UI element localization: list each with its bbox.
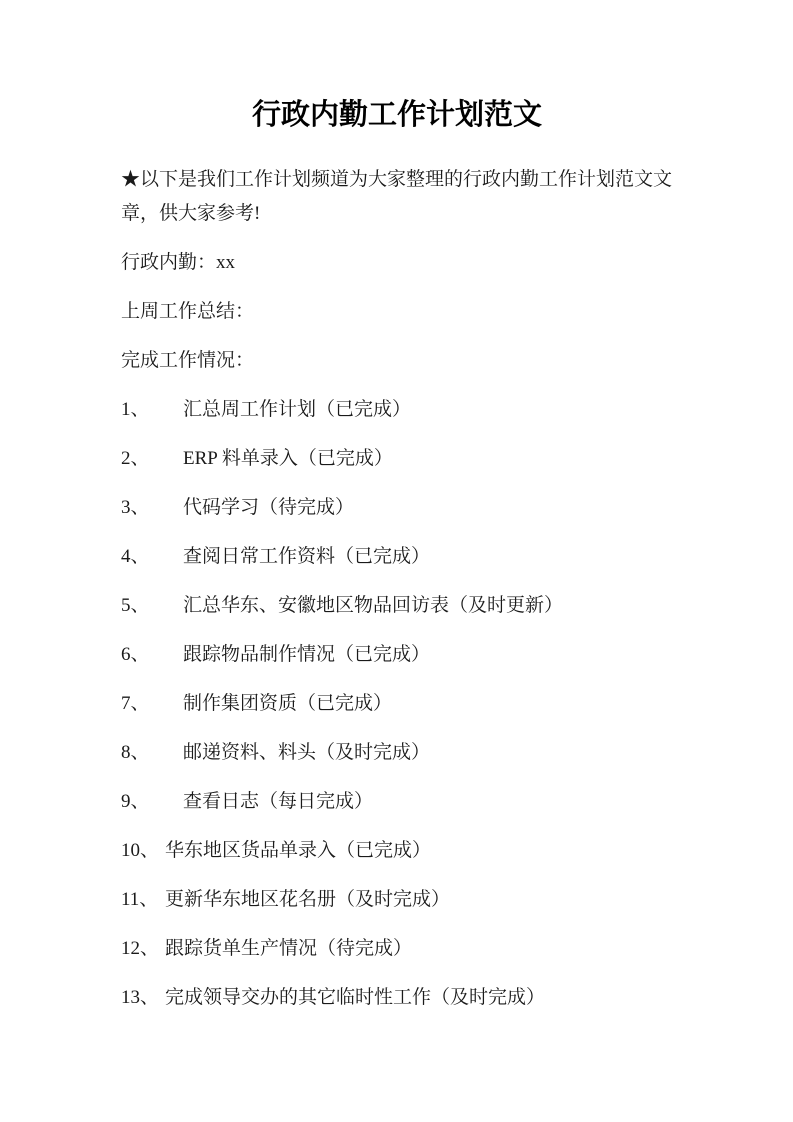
- role-line: 行政内勤：xx: [121, 246, 673, 280]
- work-item-6: 6、 跟踪物品制作情况（已完成）: [121, 638, 673, 672]
- item-number: 9、: [121, 785, 183, 819]
- item-number: 3、: [121, 491, 183, 525]
- item-number: 2、: [121, 442, 183, 476]
- work-item-10: 10、 华东地区货品单录入（已完成）: [121, 834, 673, 868]
- work-item-5: 5、 汇总华东、安徽地区物品回访表（及时更新）: [121, 589, 673, 623]
- work-item-3: 3、 代码学习（待完成）: [121, 491, 673, 525]
- item-number: 7、: [121, 687, 183, 721]
- item-text: 完成领导交办的其它临时性工作（及时完成）: [165, 981, 673, 1015]
- item-text: 汇总华东、安徽地区物品回访表（及时更新）: [183, 589, 673, 623]
- item-text: 制作集团资质（已完成）: [183, 687, 673, 721]
- item-number: 6、: [121, 638, 183, 672]
- work-item-4: 4、 查阅日常工作资料（已完成）: [121, 540, 673, 574]
- work-item-1: 1、 汇总周工作计划（已完成）: [121, 393, 673, 427]
- item-number: 1、: [121, 393, 183, 427]
- work-item-13: 13、 完成领导交办的其它临时性工作（及时完成）: [121, 981, 673, 1015]
- item-text: 查阅日常工作资料（已完成）: [183, 540, 673, 574]
- document-page: 行政内勤工作计划范文 ★以下是我们工作计划频道为大家整理的行政内勤工作计划范文文…: [0, 0, 793, 1122]
- item-number: 10、: [121, 834, 165, 868]
- item-number: 8、: [121, 736, 183, 770]
- item-text: 华东地区货品单录入（已完成）: [165, 834, 673, 868]
- work-item-8: 8、 邮递资料、料头（及时完成）: [121, 736, 673, 770]
- item-text: 汇总周工作计划（已完成）: [183, 393, 673, 427]
- item-text: ERP 料单录入（已完成）: [183, 442, 673, 476]
- work-item-9: 9、 查看日志（每日完成）: [121, 785, 673, 819]
- item-number: 5、: [121, 589, 183, 623]
- work-item-12: 12、 跟踪货单生产情况（待完成）: [121, 932, 673, 966]
- item-number: 12、: [121, 932, 165, 966]
- section-heading-last-week-summary: 上周工作总结：: [121, 295, 673, 329]
- item-text: 跟踪物品制作情况（已完成）: [183, 638, 673, 672]
- intro-paragraph: ★以下是我们工作计划频道为大家整理的行政内勤工作计划范文文章，供大家参考!: [121, 163, 673, 231]
- item-text: 邮递资料、料头（及时完成）: [183, 736, 673, 770]
- item-text: 代码学习（待完成）: [183, 491, 673, 525]
- work-item-11: 11、 更新华东地区花名册（及时完成）: [121, 883, 673, 917]
- item-number: 11、: [121, 883, 165, 917]
- item-number: 4、: [121, 540, 183, 574]
- doc-title: 行政内勤工作计划范文: [121, 95, 673, 135]
- section-heading-completed-work: 完成工作情况：: [121, 344, 673, 378]
- work-item-2: 2、 ERP 料单录入（已完成）: [121, 442, 673, 476]
- item-text: 更新华东地区花名册（及时完成）: [165, 883, 673, 917]
- item-text: 跟踪货单生产情况（待完成）: [165, 932, 673, 966]
- work-item-7: 7、 制作集团资质（已完成）: [121, 687, 673, 721]
- item-number: 13、: [121, 981, 165, 1015]
- item-text: 查看日志（每日完成）: [183, 785, 673, 819]
